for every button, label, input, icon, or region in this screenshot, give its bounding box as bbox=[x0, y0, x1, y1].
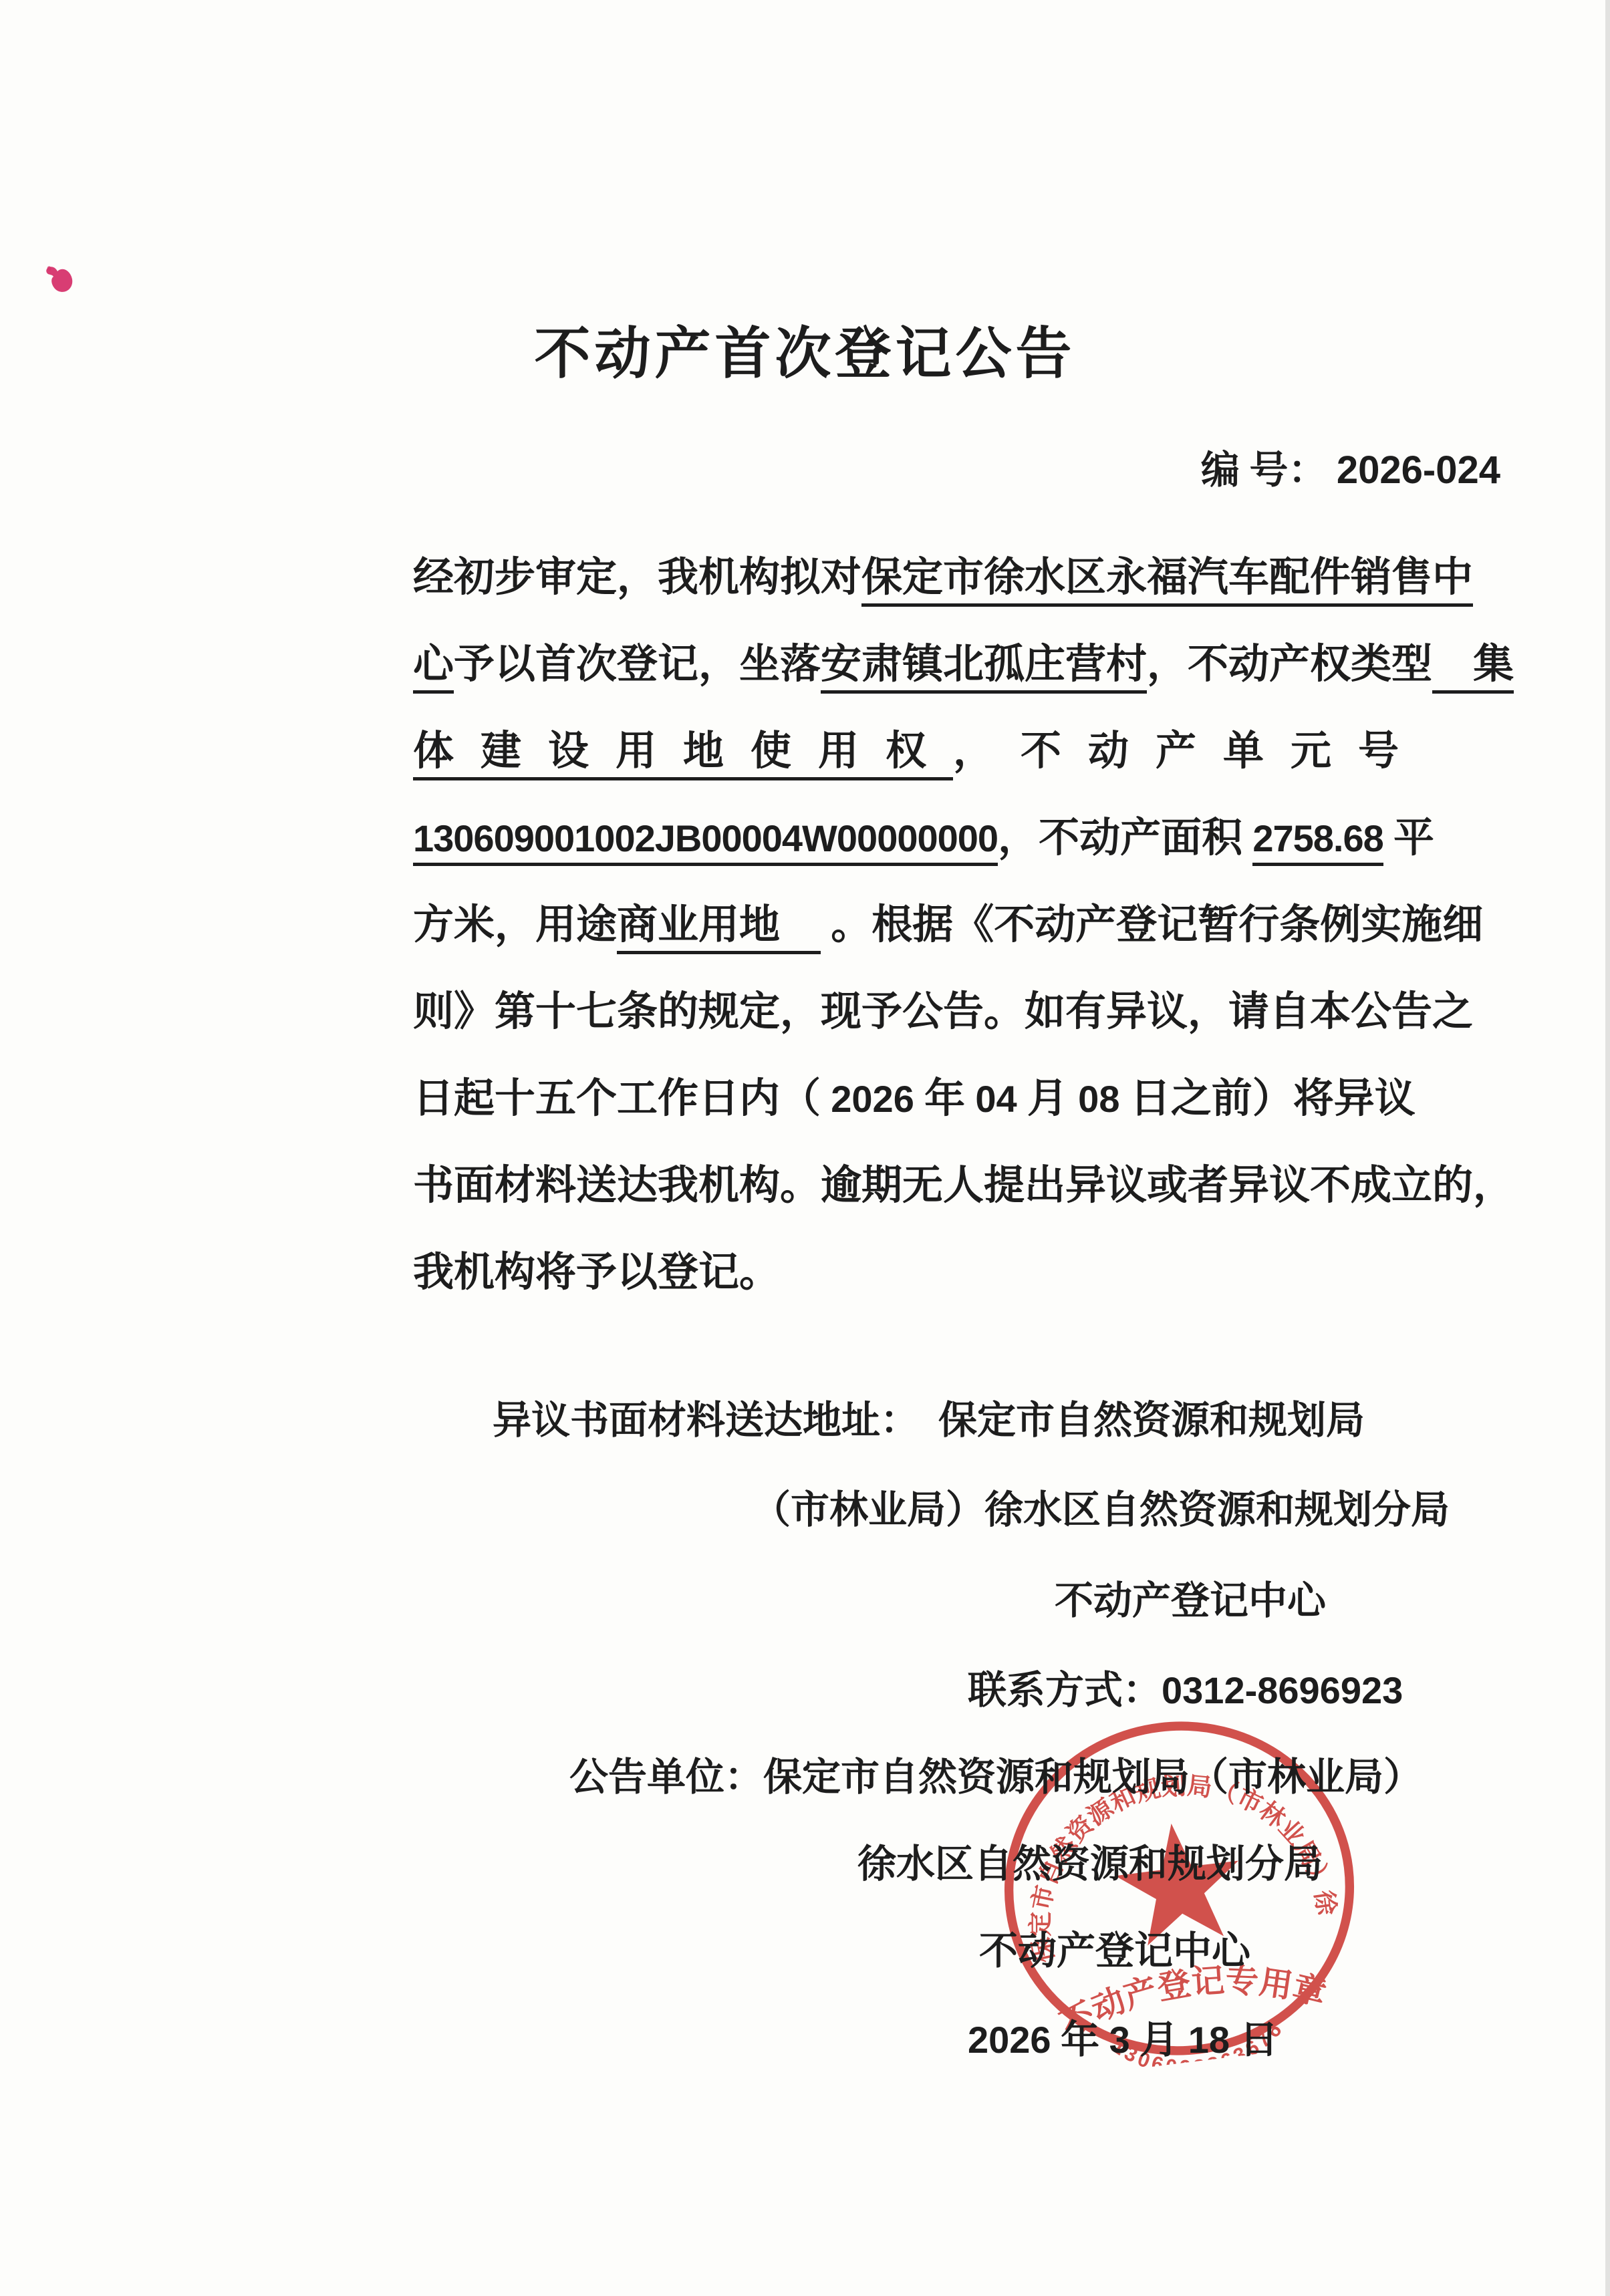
body-line-6: 则》第十七条的规定，现予公告。如有异议，请自本公告之 bbox=[413, 969, 1522, 1056]
deadline-year: 2026 bbox=[831, 1078, 914, 1120]
address-line-2: （市林业局）徐水区自然资源和规划分局 bbox=[752, 1478, 1450, 1534]
ink-stain bbox=[37, 257, 91, 310]
date-day: 18 bbox=[1188, 2019, 1230, 2061]
contact-label: 联系方式： bbox=[968, 1669, 1162, 1712]
body-paragraph: 经初步审定，我机构拟对保定市徐水区永福汽车配件销售中 心予以首次登记，坐落安肃镇… bbox=[413, 535, 1522, 1316]
body-line-9: 我机构将予以登记。 bbox=[413, 1230, 1522, 1316]
announcer-line-2: 徐水区自然资源和规划分局 bbox=[857, 1832, 1323, 1888]
date-year: 2026 bbox=[968, 2019, 1051, 2061]
body-line-8: 书面材料送达我机构。逾期无人提出异议或者异议不成立的， bbox=[413, 1143, 1522, 1230]
doc-number-value: 2026-024 bbox=[1337, 448, 1500, 492]
date-line: 2026 年 3 月 18 日 bbox=[968, 2008, 1279, 2064]
date-month: 3 bbox=[1109, 2019, 1130, 2061]
deadline-day: 08 bbox=[1078, 1078, 1119, 1120]
underlined-unit-number: 130609001002JB00004W00000000 bbox=[413, 817, 998, 866]
body-line-5: 方米，用途商业用地 。根据《不动产登记暂行条例实施细 bbox=[413, 882, 1522, 969]
scanned-document-page: 不动产首次登记公告 编 号： 2026-024 经初步审定，我机构拟对保定市徐水… bbox=[0, 0, 1610, 2296]
announcer-line-3: 不动产登记中心 bbox=[979, 1919, 1250, 1975]
body-line-4: 130609001002JB00004W00000000，不动产面积 2758.… bbox=[413, 795, 1522, 882]
body-line-2: 心予以首次登记，坐落安肃镇北孤庄营村，不动产权类型 集 bbox=[413, 621, 1522, 708]
announcer-line-1: 公告单位：保定市自然资源和规划局（市林业局） bbox=[569, 1745, 1422, 1802]
body-line-3: 体建设用地使用权，不动产单元号 bbox=[413, 708, 1522, 795]
underlined-land-use: 商业用地 bbox=[617, 903, 821, 954]
body-line-7: 日起十五个工作日内（ 2026 年 04 月 08 日之前）将异议 bbox=[413, 1056, 1522, 1143]
doc-number-line: 编 号： 2026-024 bbox=[1201, 438, 1500, 494]
underlined-owner-name: 保定市徐水区永福汽车配件销售中 bbox=[861, 555, 1473, 607]
underlined-right-type: 体建设用地使用权 bbox=[413, 729, 953, 780]
underlined-area-value: 2758.68 bbox=[1252, 817, 1383, 866]
body-line-1: 经初步审定，我机构拟对保定市徐水区永福汽车配件销售中 bbox=[413, 535, 1522, 621]
contact-phone: 0312-8696923 bbox=[1162, 1669, 1403, 1711]
address-line-1: 异议书面材料送达地址： 保定市自然资源和规划局 bbox=[493, 1389, 1365, 1445]
contact-line: 联系方式：0312-8696923 bbox=[968, 1659, 1403, 1715]
deadline-month: 04 bbox=[975, 1078, 1017, 1120]
page-title: 不动产首次登记公告 bbox=[0, 309, 1610, 390]
underlined-location: 安肃镇北孤庄营村 bbox=[821, 642, 1147, 694]
doc-number-label: 编 号： bbox=[1201, 448, 1337, 492]
address-line-3: 不动产登记中心 bbox=[1055, 1569, 1326, 1625]
